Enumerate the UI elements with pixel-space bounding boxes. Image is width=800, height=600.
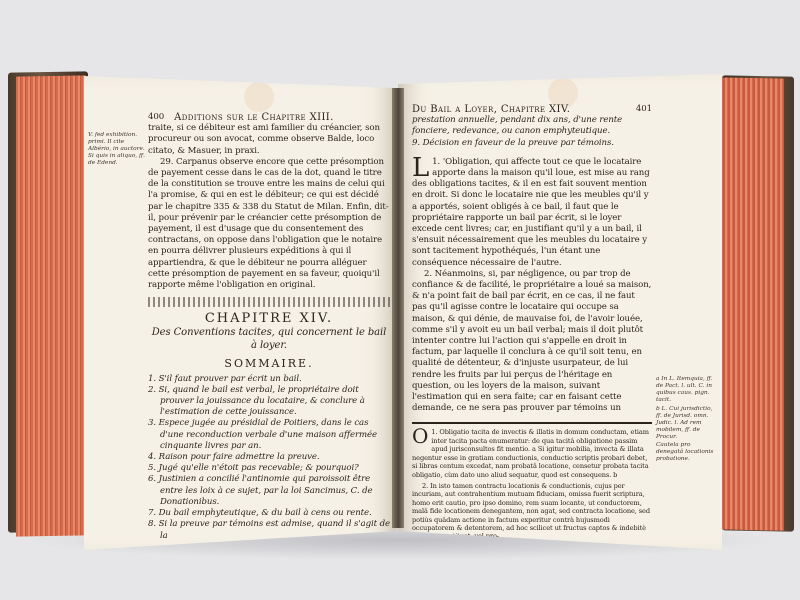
book-gutter [392, 88, 404, 528]
chapter-title: CHAPITRE XIV. [148, 313, 390, 324]
page-number: 400 [148, 112, 164, 123]
side-note: Cautela pro denegatâ locationis probatio… [656, 442, 716, 463]
paragraph: 1. L 'Obligation, qui affecte tout ce qu… [412, 157, 652, 269]
latin-footnote: O 1. Obligatio tacita de invectis & illa… [412, 428, 652, 478]
sommaire-item: 9. Décision en faveur de la preuve par t… [412, 138, 652, 149]
left-page-body: 400 Additions sur le Chapitre XIII. trai… [148, 112, 390, 553]
sommaire-item: 4. Raison pour faire admettre la preuve. [148, 452, 390, 463]
sommaire-item: 6. Justinien a concilié l'antinomie qui … [148, 474, 390, 508]
footnote-rule [412, 422, 652, 424]
right-page: Du Bail a Loyer, Chapitre XIV. 401 prest… [398, 74, 722, 550]
sommaire-continuation: prestation annuelle, pendant dix ans, d'… [412, 115, 652, 137]
sommaire-item: 5. Jugé qu'elle n'étoit pas recevable; &… [148, 463, 390, 474]
sommaire-item: 2. Si, quand le bail est verbal, le prop… [148, 385, 390, 419]
right-page-body: Du Bail a Loyer, Chapitre XIV. 401 prest… [412, 104, 652, 556]
sommaire-item: 7. Du bail emphyteutique, & du bail à ce… [148, 508, 390, 519]
sommaire-title: SOMMAIRE. [148, 358, 390, 369]
ornament-divider [148, 297, 390, 307]
side-note: b L. Cui jurisdictio, ff. de Jurisd. omn… [656, 406, 716, 441]
margin-note: V. fed exhibition. primi. Il cite Albéri… [88, 132, 146, 167]
running-head: Additions sur le Chapitre XIII. [174, 112, 334, 123]
left-page: V. fed exhibition. primi. Il cite Albéri… [84, 76, 396, 550]
sommaire-item: 1. S'il faut prouver par écrit un bail. [148, 374, 390, 385]
red-page-edges-left [16, 75, 86, 536]
paragraph-text: 'Obligation, qui affecte tout ce que le … [412, 157, 650, 268]
paragraph: 2. Néanmoins, si, par négligence, ou par… [412, 269, 652, 415]
chapter-subtitle: Des Conventions tacites, qui concernent … [148, 326, 390, 352]
drop-cap: O [412, 428, 428, 445]
latin-text: 1. Obligatio tacita de invectis & illati… [412, 428, 649, 478]
running-head: Du Bail a Loyer, Chapitre XIV. [412, 104, 570, 115]
paragraph-number: 1. [432, 157, 440, 167]
page-number: 401 [636, 104, 652, 115]
foxing-stain [244, 82, 274, 112]
latin-footnote: 2. In isto tamen contractu locationis & … [412, 482, 652, 541]
drop-cap: L [412, 157, 429, 179]
paragraph: traite, si ce débiteur est ami familier … [148, 123, 390, 157]
red-page-edges-right [718, 77, 784, 530]
side-note: a In L. Itemquia, ff. de Pact. l. ult. C… [656, 376, 716, 404]
paragraph: 29. Carpanus observe encore que cette pr… [148, 157, 390, 291]
sommaire-item: 3. Espece jugée au présidial de Poitiers… [148, 418, 390, 452]
